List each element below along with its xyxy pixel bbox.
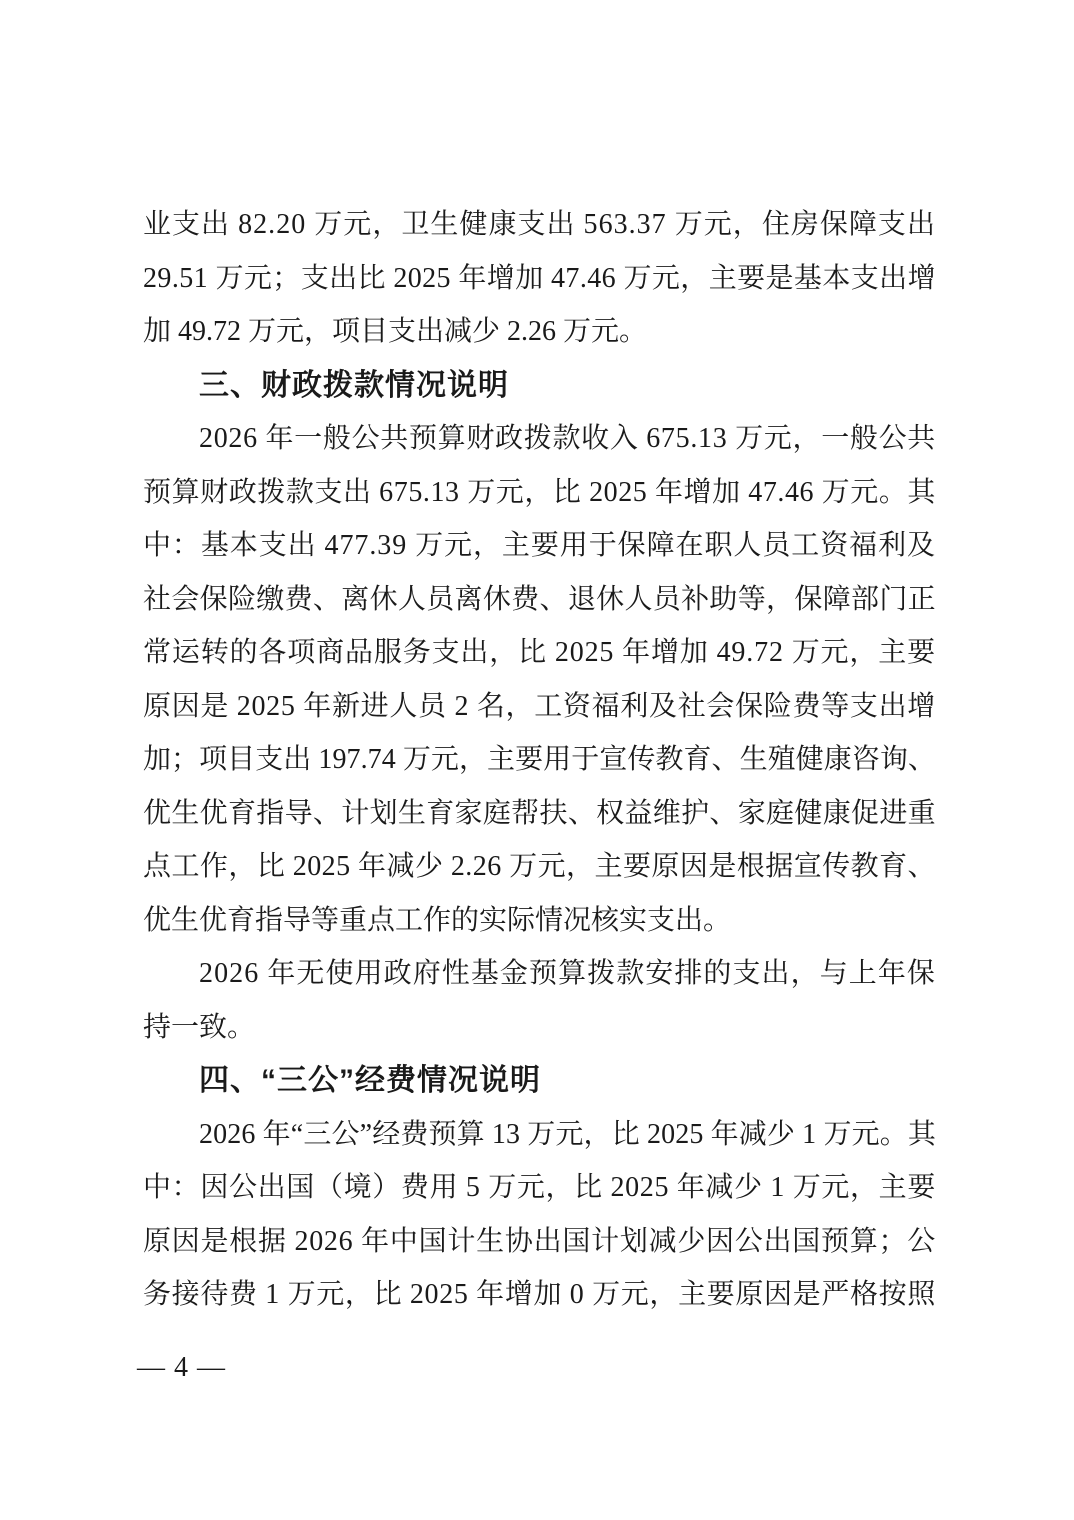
paragraph-line-text: 社会保险缴费、离休人员离休费、退休人员补助等，保障部门正 bbox=[143, 584, 936, 615]
paragraph-line: 加 49.72 万元，项目支出减少 2.26 万元。 bbox=[143, 305, 936, 359]
paragraph-line-text: 2026 年一般公共预算财政拨款收入 675.13 万元，一般公共 bbox=[199, 423, 936, 454]
paragraph-line: 原因是 2025 年新进人员 2 名，工资福利及社会保险费等支出增 bbox=[143, 680, 936, 734]
paragraph-line-text: 29.51 万元；支出比 2025 年增加 47.46 万元，主要是基本支出增 bbox=[143, 263, 936, 294]
page-number: — 4 — bbox=[137, 1350, 226, 1386]
paragraph-line: 2026 年无使用政府性基金预算拨款安排的支出，与上年保 bbox=[143, 947, 936, 1001]
paragraph-line: 中：基本支出 477.39 万元，主要用于保障在职人员工资福利及 bbox=[143, 519, 936, 573]
paragraph-line-text: 原因是 2025 年新进人员 2 名，工资福利及社会保险费等支出增 bbox=[143, 691, 936, 722]
section-heading: 三、财政拨款情况说明 bbox=[143, 359, 936, 413]
paragraph-line: 加；项目支出 197.74 万元，主要用于宣传教育、生殖健康咨询、 bbox=[143, 733, 936, 787]
section-heading-text: 四、“三公”经费情况说明 bbox=[199, 1064, 541, 1097]
document-body: 业支出 82.20 万元，卫生健康支出 563.37 万元，住房保障支出29.5… bbox=[143, 198, 936, 1322]
paragraph-line-text: 务接待费 1 万元，比 2025 年增加 0 万元，主要原因是严格按照 bbox=[143, 1279, 936, 1310]
paragraph-line: 社会保险缴费、离休人员离休费、退休人员补助等，保障部门正 bbox=[143, 573, 936, 627]
paragraph-line-text: 持一致。 bbox=[143, 1012, 255, 1043]
paragraph-line: 原因是根据 2026 年中国计生协出国计划减少因公出国预算；公 bbox=[143, 1215, 936, 1269]
paragraph-line-text: 原因是根据 2026 年中国计生协出国计划减少因公出国预算；公 bbox=[143, 1226, 936, 1257]
paragraph-line: 优生优育指导、计划生育家庭帮扶、权益维护、家庭健康促进重 bbox=[143, 787, 936, 841]
paragraph-line: 业支出 82.20 万元，卫生健康支出 563.37 万元，住房保障支出 bbox=[143, 198, 936, 252]
paragraph-line-text: 2026 年“三公”经费预算 13 万元，比 2025 年减少 1 万元。其 bbox=[199, 1119, 936, 1150]
paragraph-line-text: 加；项目支出 197.74 万元，主要用于宣传教育、生殖健康咨询、 bbox=[143, 744, 936, 775]
section-heading: 四、“三公”经费情况说明 bbox=[143, 1054, 936, 1108]
paragraph-line: 2026 年“三公”经费预算 13 万元，比 2025 年减少 1 万元。其 bbox=[143, 1108, 936, 1162]
paragraph-line-text: 点工作，比 2025 年减少 2.26 万元，主要原因是根据宣传教育、 bbox=[143, 851, 936, 882]
paragraph-line-text: 预算财政拨款支出 675.13 万元，比 2025 年增加 47.46 万元。其 bbox=[143, 477, 936, 508]
paragraph-line: 2026 年一般公共预算财政拨款收入 675.13 万元，一般公共 bbox=[143, 412, 936, 466]
paragraph-line-text: 优生优育指导等重点工作的实际情况核实支出。 bbox=[143, 905, 731, 936]
paragraph-line-text: 中：因公出国（境）费用 5 万元，比 2025 年减少 1 万元，主要 bbox=[143, 1172, 936, 1203]
paragraph-line: 持一致。 bbox=[143, 1001, 936, 1055]
paragraph-line-text: 加 49.72 万元，项目支出减少 2.26 万元。 bbox=[143, 316, 647, 347]
paragraph-line: 29.51 万元；支出比 2025 年增加 47.46 万元，主要是基本支出增 bbox=[143, 252, 936, 306]
paragraph-line: 预算财政拨款支出 675.13 万元，比 2025 年增加 47.46 万元。其 bbox=[143, 466, 936, 520]
paragraph-line-text: 业支出 82.20 万元，卫生健康支出 563.37 万元，住房保障支出 bbox=[143, 209, 936, 240]
paragraph-line-text: 优生优育指导、计划生育家庭帮扶、权益维护、家庭健康促进重 bbox=[143, 798, 936, 829]
paragraph-line: 常运转的各项商品服务支出，比 2025 年增加 49.72 万元，主要 bbox=[143, 626, 936, 680]
paragraph-line: 务接待费 1 万元，比 2025 年增加 0 万元，主要原因是严格按照 bbox=[143, 1268, 936, 1322]
document-page: 业支出 82.20 万元，卫生健康支出 563.37 万元，住房保障支出29.5… bbox=[0, 0, 1074, 1520]
paragraph-line-text: 2026 年无使用政府性基金预算拨款安排的支出，与上年保 bbox=[199, 958, 936, 989]
paragraph-line: 优生优育指导等重点工作的实际情况核实支出。 bbox=[143, 894, 936, 948]
paragraph-line: 点工作，比 2025 年减少 2.26 万元，主要原因是根据宣传教育、 bbox=[143, 840, 936, 894]
paragraph-line-text: 中：基本支出 477.39 万元，主要用于保障在职人员工资福利及 bbox=[143, 530, 936, 561]
paragraph-line: 中：因公出国（境）费用 5 万元，比 2025 年减少 1 万元，主要 bbox=[143, 1161, 936, 1215]
paragraph-line-text: 常运转的各项商品服务支出，比 2025 年增加 49.72 万元，主要 bbox=[143, 637, 936, 668]
section-heading-text: 三、财政拨款情况说明 bbox=[199, 369, 509, 402]
